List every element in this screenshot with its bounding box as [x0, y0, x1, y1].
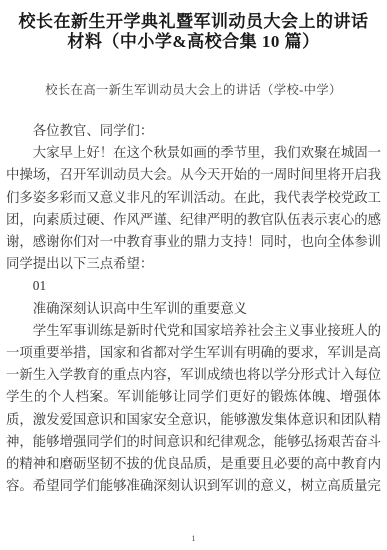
- section-heading: 准确深刻认识高中生军训的重要意义: [6, 298, 381, 320]
- document-body: 各位教官、同学们： 大家早上好！在这个秋景如画的季节里，我们欢聚在城固一中操场，…: [6, 120, 381, 497]
- opening-paragraph: 大家早上好！在这个秋景如画的季节里，我们欢聚在城固一中操场，召开军训动员大会。从…: [6, 142, 381, 275]
- salutation-line: 各位教官、同学们：: [6, 120, 381, 142]
- document-subtitle: 校长在高一新生军训动员大会上的讲话（学校-中学）: [18, 82, 369, 99]
- section-number: 01: [6, 275, 381, 297]
- page-number: 1: [0, 534, 387, 544]
- document-title: 校长在新生开学典礼暨军训动员大会上的讲话 材料（中小学&高校合集 10 篇）: [10, 12, 377, 52]
- document-title-line-2: 材料（中小学&高校合集 10 篇）: [10, 32, 377, 52]
- document-title-line-1: 校长在新生开学典礼暨军训动员大会上的讲话: [10, 12, 377, 32]
- document-page: 校长在新生开学典礼暨军训动员大会上的讲话 材料（中小学&高校合集 10 篇） 校…: [0, 0, 387, 550]
- section-body-paragraph: 学生军事训练是新时代党和国家培养社会主义事业接班人的一项重要举措，国家和省都对学…: [6, 320, 381, 498]
